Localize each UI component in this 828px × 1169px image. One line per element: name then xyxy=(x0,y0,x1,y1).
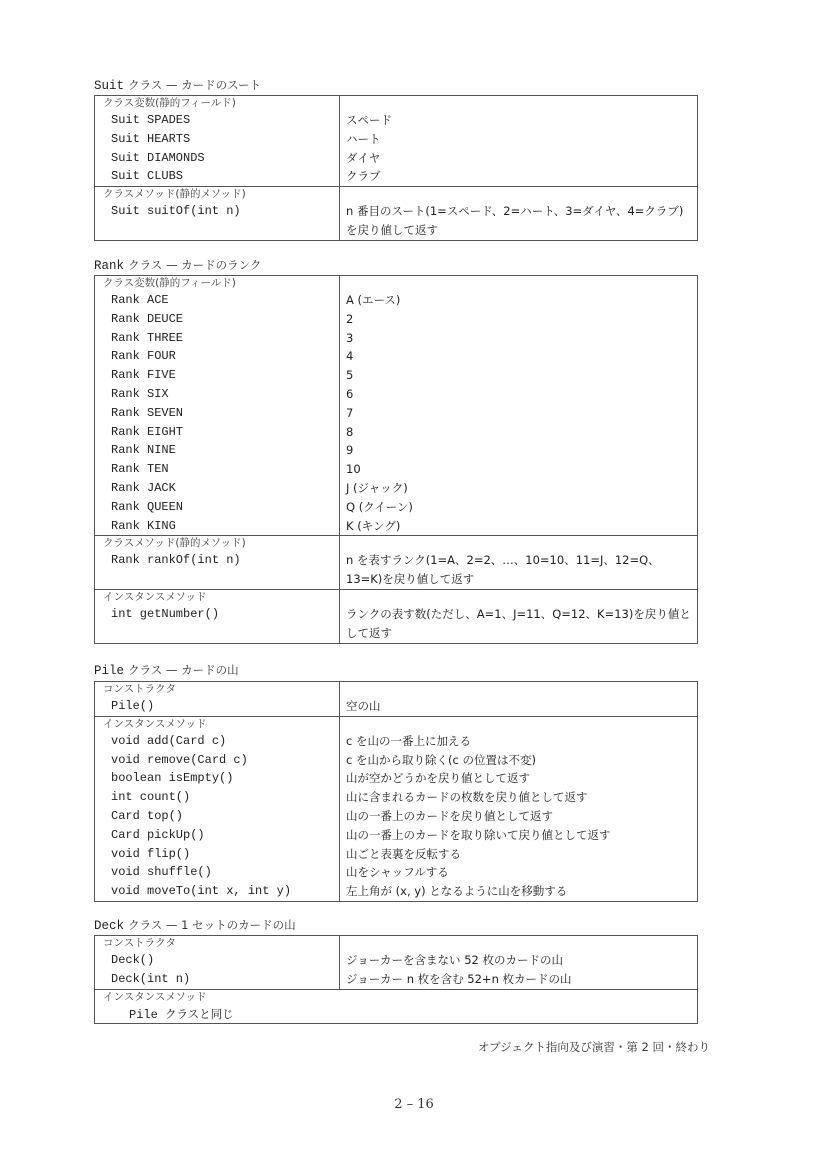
field-description: J (ジャック) xyxy=(340,479,697,498)
class-name: Deck xyxy=(94,919,124,933)
section-label: クラス変数(静的フィールド) xyxy=(95,276,339,291)
field-signature: Rank FIVE xyxy=(95,366,339,385)
method-description: 山が空かどうかを戻り値として返す xyxy=(340,769,697,788)
method-description: 左上角が (x, y) となるように山を移動する xyxy=(340,882,697,901)
instance-methods-row: インスタンスメソッド Pile クラスと同じ xyxy=(95,989,698,1024)
field-signature: Suit HEARTS xyxy=(95,130,339,149)
field-signature: Rank TEN xyxy=(95,460,339,479)
section-label: インスタンスメソッド xyxy=(95,990,697,1005)
field-description: A (エース) xyxy=(340,291,697,310)
field-description: 9 xyxy=(340,441,697,460)
constructor-description: ジョーカーを含まない 52 枚のカードの山 xyxy=(340,951,697,970)
rank-api-table: クラス変数(静的フィールド) Rank ACE Rank DEUCE Rank … xyxy=(94,275,698,644)
field-signature: Rank ACE xyxy=(95,291,339,310)
method-signature: int getNumber() xyxy=(95,605,339,624)
method-signature: Card pickUp() xyxy=(95,826,339,845)
pile-class-heading: Pile クラス — カードの山 xyxy=(94,662,239,679)
method-description: 山ごと表裏を反転する xyxy=(340,845,697,864)
section-label: コンストラクタ xyxy=(95,682,339,697)
field-signature: Rank KING xyxy=(95,517,339,536)
field-signature: Suit CLUBS xyxy=(95,167,339,186)
field-signature: Rank THREE xyxy=(95,329,339,348)
field-signature: Rank SEVEN xyxy=(95,404,339,423)
note-suffix: クラスと同じ xyxy=(165,1007,234,1021)
field-description: 6 xyxy=(340,385,697,404)
section-label: クラスメソッド(静的メソッド) xyxy=(95,187,339,202)
method-signature: Card top() xyxy=(95,807,339,826)
constructors-row: コンストラクタ Deck() Deck(int n) ジョーカーを含まない 52… xyxy=(95,936,698,990)
field-description: ダイヤ xyxy=(340,149,697,168)
method-signature: boolean isEmpty() xyxy=(95,769,339,788)
section-label: クラス変数(静的フィールド) xyxy=(95,96,339,111)
field-signature: Rank EIGHT xyxy=(95,423,339,442)
field-signature: Rank QUEEN xyxy=(95,498,339,517)
constructor-description: 空の山 xyxy=(340,697,697,716)
class-name: Pile xyxy=(94,664,124,678)
field-signature: Rank DEUCE xyxy=(95,310,339,329)
suit-api-table: クラス変数(静的フィールド) Suit SPADES Suit HEARTS S… xyxy=(94,95,698,241)
method-description: 山の一番上のカードを取り除いて戻り値として返す xyxy=(340,826,697,845)
field-description: 7 xyxy=(340,404,697,423)
method-description: c を山から取り除く(c の位置は不変) xyxy=(340,751,697,770)
field-description: 2 xyxy=(340,310,697,329)
class-methods-row: クラスメソッド(静的メソッド) Rank rankOf(int n) n を表す… xyxy=(95,536,698,590)
method-description: n を表すランク(1=A、2=2、…、10=10、11=J、12=Q、13=K)… xyxy=(340,551,697,589)
field-description: K (キング) xyxy=(340,517,697,536)
field-signature: Suit SPADES xyxy=(95,111,339,130)
field-description: 5 xyxy=(340,366,697,385)
deck-api-table: コンストラクタ Deck() Deck(int n) ジョーカーを含まない 52… xyxy=(94,935,698,1024)
field-description: 3 xyxy=(340,329,697,348)
constructor-signature: Pile() xyxy=(95,697,339,716)
field-description: 4 xyxy=(340,347,697,366)
class-methods-row: クラスメソッド(静的メソッド) Suit suitOf(int n) n 番目の… xyxy=(95,187,698,241)
field-signature: Rank SIX xyxy=(95,385,339,404)
section-label: インスタンスメソッド xyxy=(95,590,339,605)
method-signature: void shuffle() xyxy=(95,863,339,882)
constructor-signature: Deck() xyxy=(95,951,339,970)
pile-api-table: コンストラクタ Pile() 空の山 インスタンスメソッド void add(C… xyxy=(94,681,698,902)
method-signature: Rank rankOf(int n) xyxy=(95,551,339,570)
method-description: 山の一番上のカードを戻り値として返す xyxy=(340,807,697,826)
field-description: クラブ xyxy=(340,167,697,186)
method-signature: void flip() xyxy=(95,845,339,864)
fields-row: クラス変数(静的フィールド) Suit SPADES Suit HEARTS S… xyxy=(95,96,698,187)
deck-class-heading: Deck クラス — 1 セットのカードの山 xyxy=(94,917,296,934)
method-signature: void moveTo(int x, int y) xyxy=(95,882,339,901)
field-description: 10 xyxy=(340,460,697,479)
field-description: スペード xyxy=(340,111,697,130)
method-signature: void remove(Card c) xyxy=(95,751,339,770)
method-description: 山に含まれるカードの枚数を戻り値として返す xyxy=(340,788,697,807)
heading-suffix: クラス — カードのスート xyxy=(128,78,261,92)
class-name: Suit xyxy=(94,79,124,93)
method-signature: void add(Card c) xyxy=(95,732,339,751)
heading-suffix: クラス — カードの山 xyxy=(128,663,238,677)
end-of-lecture-note: オブジェクト指向及び演習・第 2 回・終わり xyxy=(478,1039,710,1055)
fields-row: クラス変数(静的フィールド) Rank ACE Rank DEUCE Rank … xyxy=(95,276,698,536)
method-description: ランクの表す数(ただし、A=1、J=11、Q=12、K=13)を戻り値として返す xyxy=(340,605,697,643)
field-description: ハート xyxy=(340,130,697,149)
method-description: 山をシャッフルする xyxy=(340,863,697,882)
section-label: インスタンスメソッド xyxy=(95,717,339,732)
instance-methods-row: インスタンスメソッド int getNumber() ランクの表す数(ただし、A… xyxy=(95,589,698,643)
field-description: Q (クイーン) xyxy=(340,498,697,517)
method-signature: int count() xyxy=(95,788,339,807)
field-signature: Rank FOUR xyxy=(95,347,339,366)
section-label: クラスメソッド(静的メソッド) xyxy=(95,536,339,551)
method-signature: Suit suitOf(int n) xyxy=(95,202,339,221)
section-label: コンストラクタ xyxy=(95,936,339,951)
constructor-signature: Deck(int n) xyxy=(95,970,339,989)
field-signature: Rank NINE xyxy=(95,441,339,460)
suit-class-heading: Suit クラス — カードのスート xyxy=(94,77,261,94)
heading-suffix: クラス — カードのランク xyxy=(128,258,261,272)
field-description: 8 xyxy=(340,423,697,442)
heading-suffix: クラス — 1 セットのカードの山 xyxy=(128,918,295,932)
field-signature: Rank JACK xyxy=(95,479,339,498)
constructors-row: コンストラクタ Pile() 空の山 xyxy=(95,682,698,717)
method-description: c を山の一番上に加える xyxy=(340,732,697,751)
field-signature: Suit DIAMONDS xyxy=(95,149,339,168)
page-number: 2 – 16 xyxy=(0,1097,828,1112)
note-class-name: Pile xyxy=(129,1008,158,1022)
class-name: Rank xyxy=(94,259,124,273)
instance-methods-row: インスタンスメソッド void add(Card c) void remove(… xyxy=(95,716,698,901)
method-description: n 番目のスート(1=スペード、2=ハート、3=ダイヤ、4=クラブ)を戻り値して… xyxy=(340,202,697,240)
instance-methods-note: Pile クラスと同じ xyxy=(95,1005,697,1024)
constructor-description: ジョーカー n 枚を含む 52+n 枚カードの山 xyxy=(340,970,697,989)
rank-class-heading: Rank クラス — カードのランク xyxy=(94,257,261,274)
